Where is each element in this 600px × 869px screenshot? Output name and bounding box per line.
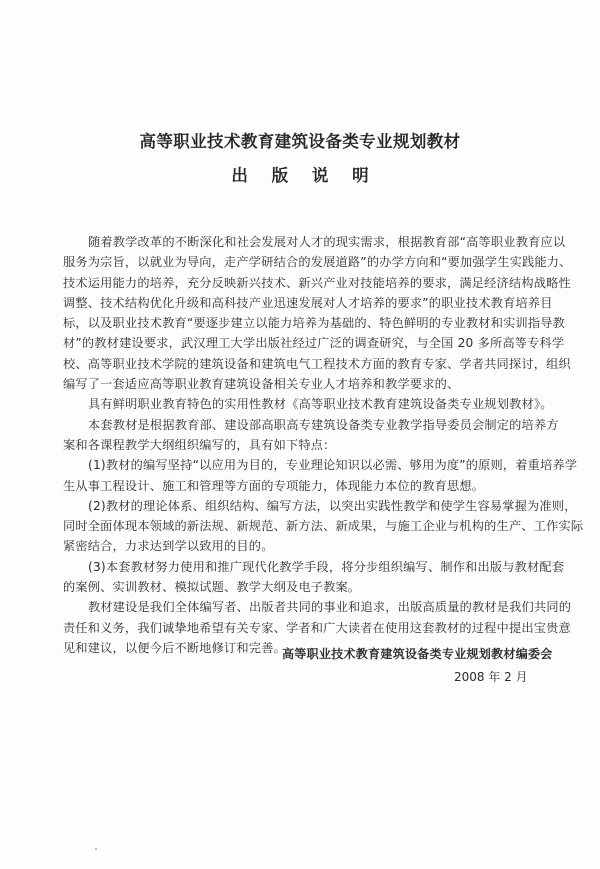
committee-name: 高等职业技术教育建筑设备类专业规划教材编委会	[282, 645, 572, 662]
text-line: 服务为宗旨，以就业为导向，走产学研结合的发展道路”的办学方向和“要加强学生实践能…	[63, 252, 539, 272]
scan-speck	[95, 848, 97, 850]
text-line: 调整、技术结构优化升级和高科技产业迅速发展对人才培养的要求”的职业技术教育培养目	[63, 293, 539, 313]
paragraph-feature-2: (2)教材的理论体系、组织结构、编写方法，以突出实践性教学和使学生容易掌握为准则…	[63, 496, 539, 557]
paragraph-intro: 随着教学改革的不断深化和社会发展对人才的现实需求，根据教育部“高等职业教育应以 …	[63, 232, 539, 394]
title-char: 明	[352, 162, 369, 186]
title-char: 版	[272, 162, 289, 186]
series-title: 高等职业技术教育建筑设备类专业规划教材	[0, 128, 600, 152]
text-line: 紧密结合，力求达到学以致用的目的。	[63, 536, 539, 556]
title-char: 说	[312, 162, 329, 186]
text-line: (2)教材的理论体系、组织结构、编写方法，以突出实践性教学和使学生容易掌握为准则…	[63, 496, 539, 516]
text-line: (1)教材的编写坚持“以应用为目的，专业理论知识以必需、够用为度”的原则，着重培…	[63, 455, 539, 475]
paragraph-series-name: 具有鲜明职业教育特色的实用性教材《高等职业技术教育建筑设备类专业规划教材》。	[63, 394, 539, 414]
text-line: 标，以及职业技术教育“要逐步建立以能力培养为基础的、特色鲜明的专业教材和实训指导…	[63, 313, 539, 333]
document-page: 高等职业技术教育建筑设备类专业规划教材 出 版 说 明 随着教学改革的不断深化和…	[0, 0, 600, 869]
text-line: 随着教学改革的不断深化和社会发展对人才的现实需求，根据教育部“高等职业教育应以	[63, 232, 539, 252]
text-line: 编写了一套适应高等职业教育建筑设备相关专业人才培养和教学要求的、	[63, 374, 539, 394]
text-line: 同时全面体现本领域的新法规、新规范、新方法、新成果，与施工企业与机构的生产、工作…	[63, 516, 539, 536]
text-line: 的案例、实训教材、模拟试题、教学大纲及电子教案。	[63, 577, 539, 597]
text-line: (3)本套教材努力使用和推广现代化教学手段，将分步组织编写、制作和出版与教材配套	[63, 557, 539, 577]
title-char: 出	[231, 162, 248, 186]
text-line: 生从事工程设计、施工和管理等方面的专项能力，体现能力本位的教育思想。	[63, 476, 539, 496]
text-line: 校、高等职业技术学院的建筑设备和建筑电气工程技术方面的教育专家、学者共同探讨，组…	[63, 354, 539, 374]
signoff: 高等职业技术教育建筑设备类专业规划教材编委会 2008 年 2 月	[282, 645, 572, 685]
text-line: 案和各课程教学大纲组织编写的，具有如下特点：	[63, 435, 539, 455]
text-line: 教材建设是我们全体编写者、出版者共同的事业和追求，出版高质量的教材是我们共同的	[63, 597, 539, 617]
text-line: 具有鲜明职业教育特色的实用性教材《高等职业技术教育建筑设备类专业规划教材》。	[63, 394, 539, 414]
body-text: 随着教学改革的不断深化和社会发展对人才的现实需求，根据教育部“高等职业教育应以 …	[63, 232, 539, 658]
text-line: 技术运用能力的培养，充分反映新兴技术、新兴产业对技能培养的要求，满足经济结构战略…	[63, 273, 539, 293]
publication-date: 2008 年 2 月	[282, 668, 572, 685]
paragraph-feature-1: (1)教材的编写坚持“以应用为目的，专业理论知识以必需、够用为度”的原则，着重培…	[63, 455, 539, 496]
text-line: 材”的教材建设要求，武汉理工大学出版社经过广泛的调查研究，与全国 20 多所高等…	[63, 333, 539, 353]
paragraph-feature-3: (3)本套教材努力使用和推广现代化教学手段，将分步组织编写、制作和出版与教材配套…	[63, 557, 539, 598]
text-line: 责任和义务，我们诚挚地希望有关专家、学者和广大读者在使用这套教材的过程中提出宝贵…	[63, 618, 539, 638]
document-title: 出 版 说 明	[0, 162, 600, 186]
text-line: 本套教材是根据教育部、建设部高职高专建筑设备类专业教学指导委员会制定的培养方	[63, 415, 539, 435]
paragraph-basis: 本套教材是根据教育部、建设部高职高专建筑设备类专业教学指导委员会制定的培养方 案…	[63, 415, 539, 456]
